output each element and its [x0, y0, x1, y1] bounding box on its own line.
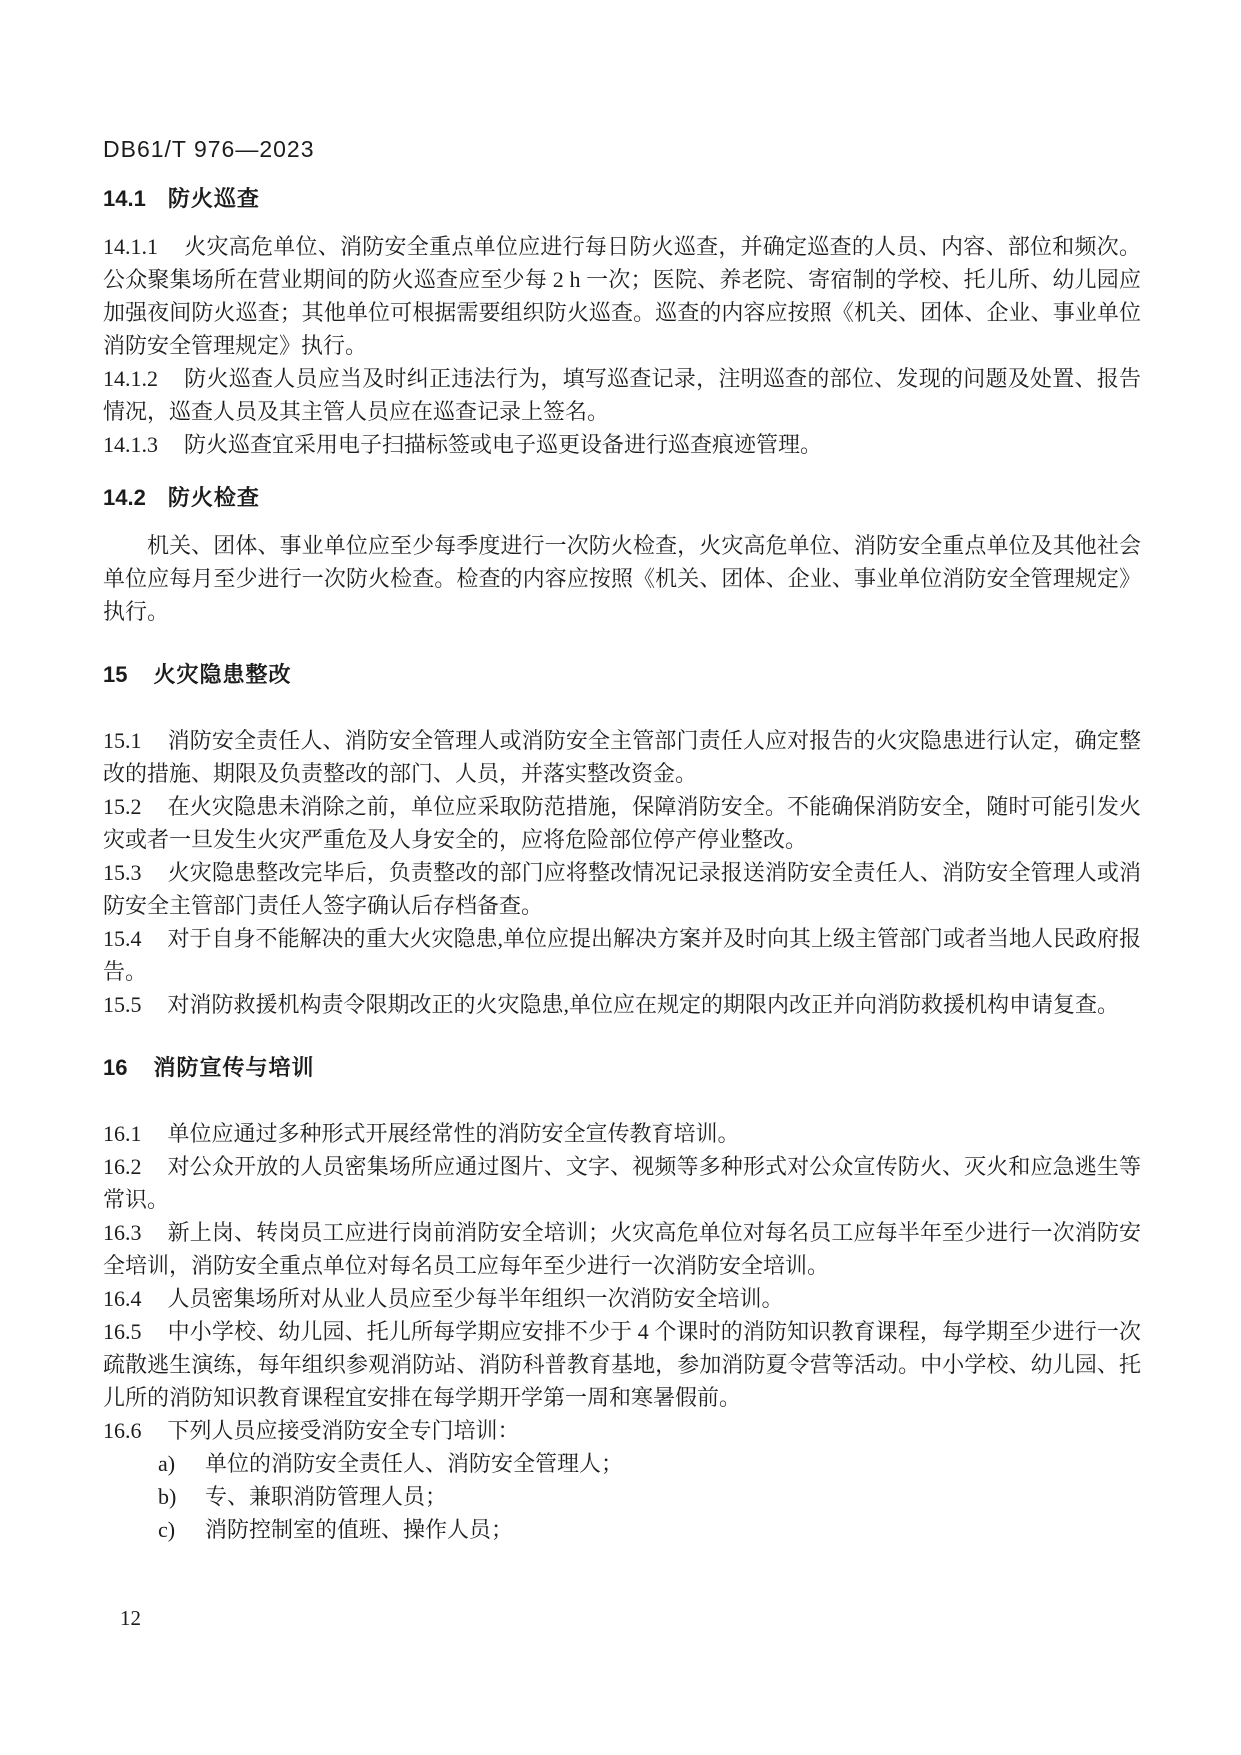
clause-15-2: 15.2在火灾隐患未消除之前，单位应采取防范措施，保障消防安全。不能确保消防安全… — [103, 790, 1141, 856]
list-item-b: b)专、兼职消防管理人员； — [103, 1480, 1141, 1513]
list-marker: c) — [158, 1513, 205, 1546]
chapter-heading-15: 15火灾隐患整改 — [103, 660, 1141, 690]
clause-text: 新上岗、转岗员工应进行岗前消防安全培训；火灾高危单位对每名员工应每半年至少进行一… — [103, 1220, 1141, 1278]
clause-number: 16.2 — [103, 1154, 142, 1179]
clause-number: 15.4 — [103, 926, 142, 951]
clause-number: 15.5 — [103, 992, 142, 1017]
clause-number: 16.1 — [103, 1121, 142, 1146]
clause-16-1: 16.1单位应通过多种形式开展经常性的消防安全宣传教育培训。 — [103, 1117, 1141, 1150]
clause-number: 16.5 — [103, 1319, 142, 1344]
section-title: 防火巡查 — [168, 186, 260, 211]
clause-text: 在火灾隐患未消除之前，单位应采取防范措施，保障消防安全。不能确保消防安全，随时可… — [103, 794, 1141, 852]
clause-text: 人员密集场所对从业人员应至少每半年组织一次消防安全培训。 — [168, 1286, 784, 1311]
clause-16-5: 16.5中小学校、幼儿园、托儿所每学期应安排不少于 4 个课时的消防知识教育课程… — [103, 1315, 1141, 1414]
clause-text: 对公众开放的人员密集场所应通过图片、文字、视频等多种形式对公众宣传防火、灭火和应… — [103, 1154, 1141, 1212]
page-number: 12 — [120, 1605, 141, 1631]
clause-15-5: 15.5对消防救援机构责令限期改正的火灾隐患,单位应在规定的期限内改正并向消防救… — [103, 988, 1141, 1021]
paragraph-14-2: 机关、团体、事业单位应至少每季度进行一次防火检查，火灾高危单位、消防安全重点单位… — [103, 529, 1141, 628]
list-item-c: c)消防控制室的值班、操作人员； — [103, 1513, 1141, 1546]
chapter-number: 15 — [103, 662, 127, 687]
list-marker: b) — [158, 1480, 205, 1513]
clause-text: 对消防救援机构责令限期改正的火灾隐患,单位应在规定的期限内改正并向消防救援机构申… — [168, 992, 1120, 1017]
clause-15-4: 15.4对于自身不能解决的重大火灾隐患,单位应提出解决方案并及时向其上级主管部门… — [103, 922, 1141, 988]
clause-15-1: 15.1消防安全责任人、消防安全管理人或消防安全主管部门责任人应对报告的火灾隐患… — [103, 724, 1141, 790]
document-page: DB61/T 976—2023 14.1防火巡查 14.1.1火灾高危单位、消防… — [0, 0, 1241, 1755]
section-title: 防火检查 — [168, 485, 260, 510]
list-text: 消防控制室的值班、操作人员； — [205, 1517, 513, 1542]
section-heading-14-2: 14.2防火检查 — [103, 483, 1141, 513]
clause-15-3: 15.3火灾隐患整改完毕后，负责整改的部门应将整改情况记录报送消防安全责任人、消… — [103, 856, 1141, 922]
chapter-number: 16 — [103, 1055, 127, 1080]
clause-text: 中小学校、幼儿园、托儿所每学期应安排不少于 4 个课时的消防知识教育课程，每学期… — [103, 1319, 1141, 1410]
clause-16-3: 16.3新上岗、转岗员工应进行岗前消防安全培训；火灾高危单位对每名员工应每半年至… — [103, 1216, 1141, 1282]
chapter-heading-16: 16消防宣传与培训 — [103, 1053, 1141, 1083]
clause-14-1-1: 14.1.1火灾高危单位、消防安全重点单位应进行每日防火巡查，并确定巡查的人员、… — [103, 230, 1141, 362]
list-item-a: a)单位的消防安全责任人、消防安全管理人； — [103, 1447, 1141, 1480]
list-text: 专、兼职消防管理人员； — [205, 1484, 447, 1509]
clause-number: 15.3 — [103, 860, 142, 885]
clause-number: 14.1.1 — [103, 234, 158, 259]
section-heading-14-1: 14.1防火巡查 — [103, 184, 1141, 214]
clause-16-6: 16.6下列人员应接受消防安全专门培训： — [103, 1414, 1141, 1447]
clause-text: 火灾隐患整改完毕后，负责整改的部门应将整改情况记录报送消防安全责任人、消防安全管… — [103, 860, 1141, 918]
clause-14-1-2: 14.1.2防火巡查人员应当及时纠正违法行为，填写巡查记录，注明巡查的部位、发现… — [103, 362, 1141, 428]
clause-number: 15.2 — [103, 794, 142, 819]
list-marker: a) — [158, 1447, 205, 1480]
clause-16-4: 16.4人员密集场所对从业人员应至少每半年组织一次消防安全培训。 — [103, 1282, 1141, 1315]
clause-number: 14.1.2 — [103, 366, 158, 391]
clause-number: 16.4 — [103, 1286, 142, 1311]
clause-text: 对于自身不能解决的重大火灾隐患,单位应提出解决方案并及时向其上级主管部门或者当地… — [103, 926, 1141, 984]
doc-code: DB61/T 976—2023 — [103, 136, 1141, 162]
clause-14-1-3: 14.1.3防火巡查宜采用电子扫描标签或电子巡更设备进行巡查痕迹管理。 — [103, 428, 1141, 461]
clause-16-2: 16.2对公众开放的人员密集场所应通过图片、文字、视频等多种形式对公众宣传防火、… — [103, 1150, 1141, 1216]
clause-number: 16.6 — [103, 1418, 142, 1443]
clause-text: 消防安全责任人、消防安全管理人或消防安全主管部门责任人应对报告的火灾隐患进行认定… — [103, 728, 1141, 786]
clause-number: 14.1.3 — [103, 432, 158, 457]
chapter-title: 火灾隐患整改 — [153, 662, 291, 687]
section-number: 14.2 — [103, 485, 146, 510]
clause-text: 防火巡查宜采用电子扫描标签或电子巡更设备进行巡查痕迹管理。 — [184, 432, 822, 457]
clause-text: 下列人员应接受消防安全专门培训： — [168, 1418, 520, 1443]
clause-number: 15.1 — [103, 728, 142, 753]
clause-text: 单位应通过多种形式开展经常性的消防安全宣传教育培训。 — [168, 1121, 740, 1146]
chapter-title: 消防宣传与培训 — [153, 1055, 314, 1080]
section-number: 14.1 — [103, 186, 146, 211]
clause-text: 防火巡查人员应当及时纠正违法行为，填写巡查记录，注明巡查的部位、发现的问题及处置… — [103, 366, 1141, 424]
clause-number: 16.3 — [103, 1220, 142, 1245]
clause-text: 火灾高危单位、消防安全重点单位应进行每日防火巡查，并确定巡查的人员、内容、部位和… — [103, 234, 1141, 358]
list-text: 单位的消防安全责任人、消防安全管理人； — [205, 1451, 623, 1476]
